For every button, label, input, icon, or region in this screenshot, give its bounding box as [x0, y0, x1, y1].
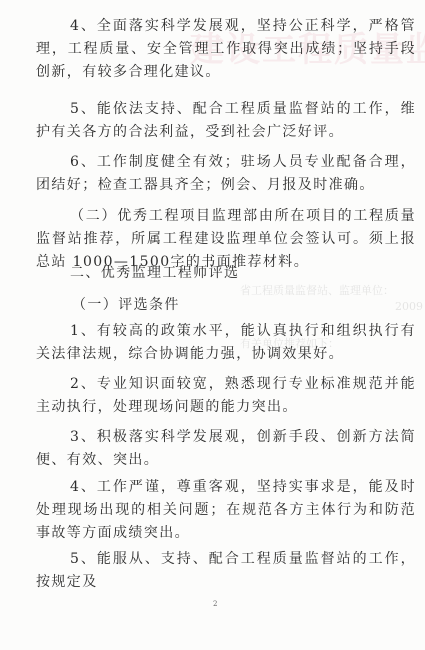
criterion-4: 4、工作严谨，尊重客观，坚持实事求是，能及时处理现场出现的相关问题；在规范各方主…	[36, 476, 416, 545]
criterion-5: 5、能服从、支持、配合工程质量监督站的工作，按规定及	[36, 548, 416, 594]
section-heading: 二、优秀监理工程师评选	[70, 262, 239, 282]
paragraph-item-5: 5、能依法支持、配合工程质量监督站的工作，维护有关各方的合法利益，受到社会广泛好…	[36, 98, 416, 144]
bleed-through-text: 2009	[395, 300, 423, 313]
subsection-heading: （一）评选条件	[72, 294, 180, 314]
criterion-2: 2、专业知识面较宽，熟悉现行专业标准规范并能主动执行，处理现场问题的能力突出。	[36, 373, 416, 419]
criterion-1: 1、有较高的政策水平，能认真执行和组织执行有关法律法规，综合协调能力强，协调效果…	[36, 320, 416, 366]
bleed-through-text: 省工程质量监督站、监理单位：	[240, 282, 394, 298]
paragraph-item-6: 6、工作制度健全有效；驻场人员专业配备合理，团结好；检查工器具齐全；例会、月报及…	[36, 151, 416, 197]
criterion-3: 3、积极落实科学发展观，创新手段、创新方法简便、有效、突出。	[36, 426, 416, 472]
document-page: 建设工程质量监督总 省工程质量监督站、监理单位： 2009 有关单位推荐如下： …	[0, 0, 425, 650]
page-number: 2	[213, 600, 217, 608]
paragraph-item-4: 4、全面落实科学发展观，坚持公正科学，严格管理，工程质量、安全管理工作取得突出成…	[36, 15, 416, 84]
